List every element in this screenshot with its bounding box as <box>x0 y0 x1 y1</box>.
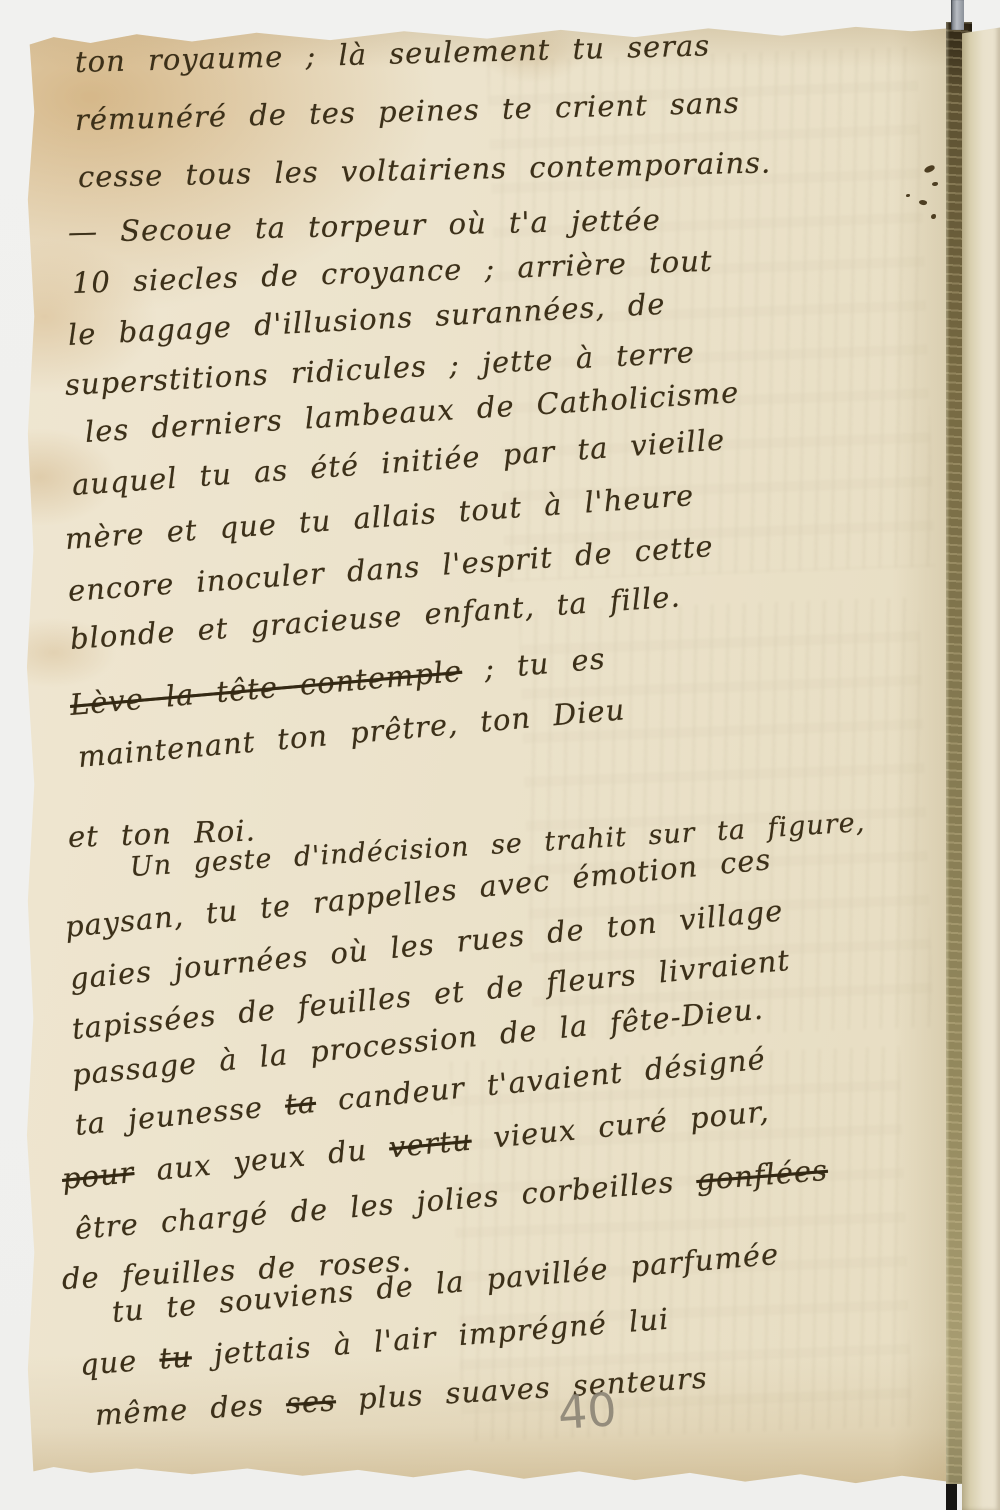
adjacent-page-edge <box>962 26 1000 1510</box>
metal-clip <box>951 0 964 30</box>
manuscript-page: ton royaume ; là seulement tu serasrémun… <box>26 24 948 1486</box>
pencil-page-number: 40 <box>556 1382 618 1440</box>
handwritten-line: cesse tous les voltairiens contemporains… <box>78 145 772 194</box>
handwritten-line: ton royaume ; là seulement tu seras <box>75 28 711 79</box>
photo-background: ton royaume ; là seulement tu serasrémun… <box>0 0 1000 1510</box>
black-backing-mark <box>946 1484 957 1510</box>
handwritten-line: — Secoue ta torpeur où t'a jettée <box>68 203 661 249</box>
handwritten-line: rémunéré de tes peines te crient sans <box>75 86 741 137</box>
handwriting-block: ton royaume ; là seulement tu serasrémun… <box>26 24 948 1486</box>
